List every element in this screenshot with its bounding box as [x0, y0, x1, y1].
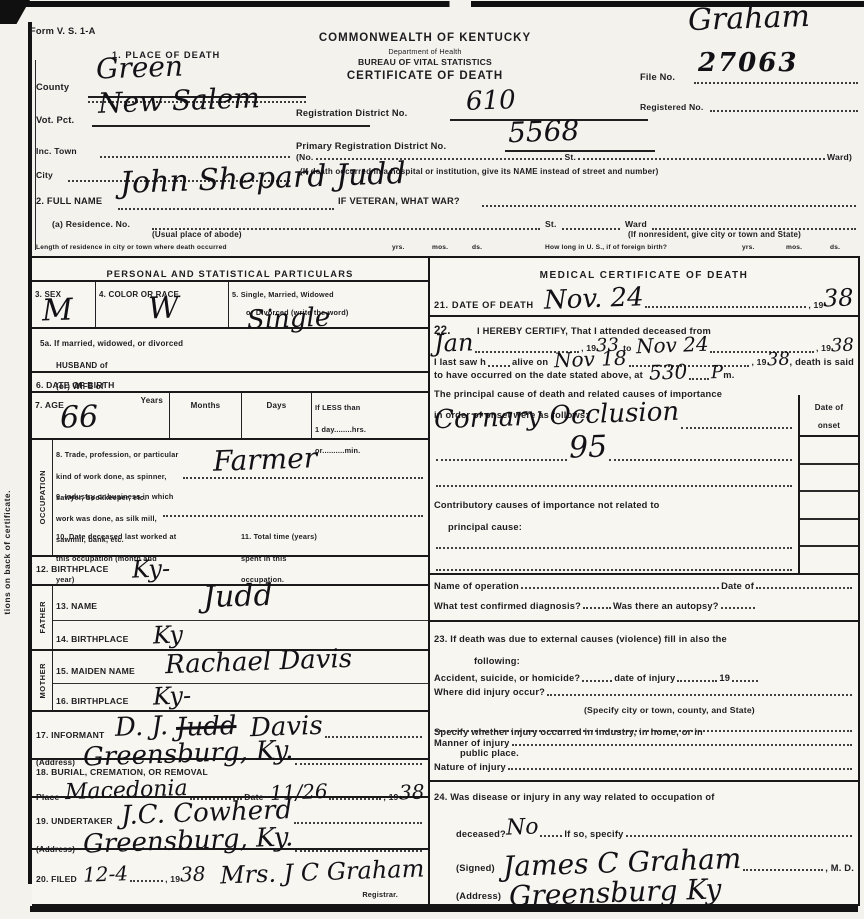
dod-year-handwriting: 38 — [823, 285, 854, 310]
form-number: Form V. S. 1-A — [30, 26, 96, 36]
inc-town-dotted-line — [100, 156, 290, 158]
certificate-title: CERTIFICATE OF DEATH — [280, 70, 570, 82]
how-long-us-label: How long in U. S., if of foreign birth? — [545, 244, 667, 251]
trade-cell: 8. Trade, profession, or particular kind… — [53, 440, 428, 482]
yrs2-label: yrs. — [742, 244, 755, 251]
medical-column: MEDICAL CERTIFICATE OF DEATH 21. DATE OF… — [430, 258, 858, 904]
file-no-label: File No. — [640, 72, 675, 82]
filed-year-handwriting: 38 — [180, 864, 206, 885]
registered-no-dotted-line — [710, 110, 858, 112]
cause-line-2: 95 — [434, 431, 794, 463]
particulars-table: PERSONAL AND STATISTICAL PARTICULARS 3. … — [32, 256, 860, 906]
registrar-signature-handwriting: Mrs. J C Graham — [219, 856, 424, 887]
filed-date-handwriting: 12-4 — [83, 863, 129, 885]
occupation-related-block: 24. Was disease or injury in any way rel… — [430, 782, 858, 904]
voting-precinct-line — [92, 125, 370, 127]
occupation-vertical-label: OCCUPATION — [32, 440, 53, 555]
item9-line1: 9. Industry or business in which — [56, 492, 174, 501]
industry-cell: 9. Industry or business in which work wa… — [53, 482, 428, 522]
nonresident-hint: (If nonresident, give city or town and S… — [628, 230, 801, 239]
primary-district-label: Primary Registration District No. — [296, 141, 446, 151]
burial-row: 18. BURIAL, CREMATION, OR REMOVAL Place … — [32, 760, 428, 798]
specify-city-hint: (Specify city or town, county, and State… — [584, 705, 755, 715]
sex-race-marital-row: 3. SEX M 4. COLOR OR RACE W 5. Single, M… — [32, 282, 428, 329]
age-less-line2: 1 day........hrs. — [315, 425, 366, 434]
marital-label-1: 5. Single, Married, Widowed — [232, 290, 334, 299]
undertaker-label: 19. UNDERTAKER — [36, 816, 113, 826]
registration-district-value-handwriting: 610 — [466, 87, 517, 115]
voting-precinct-value-handwriting: New Salem — [98, 84, 261, 118]
scan-bottom-edge — [30, 906, 858, 912]
date-of-death-row: 21. DATE OF DEATH Nov. 24 , 19 38 — [430, 284, 858, 317]
residence-label: (a) Residence. No. — [52, 219, 130, 229]
length-residence-label: Length of residence in city or town wher… — [36, 244, 227, 251]
occupation-group: OCCUPATION 8. Trade, profession, or part… — [32, 440, 428, 557]
death-certificate-scan: tions on back of certificate. Form V. S.… — [0, 0, 864, 919]
st-label: St. — [564, 152, 576, 162]
father-bp-value-handwriting: Ky — [153, 623, 184, 648]
veteran-label: IF VETERAN, WHAT WAR? — [338, 196, 460, 206]
m-label: m. — [723, 369, 734, 382]
manner-of-injury-row: Manner of injury — [430, 736, 858, 760]
cause-line-3 — [434, 463, 794, 489]
attended-from-handwriting: Jan — [434, 330, 474, 355]
item5a-line1: 5a. If married, widowed, or divorced — [40, 339, 183, 348]
attended-to-year-handwriting: 38 — [831, 336, 855, 355]
sex-value-handwriting: M — [41, 295, 73, 326]
where-injury-label: Where did injury occur? — [434, 686, 545, 699]
registration-district-label: Registration District No. — [296, 108, 407, 118]
sex-cell: 3. SEX M — [32, 282, 96, 327]
birthplace-label: 12. BIRTHPLACE — [36, 564, 109, 574]
medical-section-title: MEDICAL CERTIFICATE OF DEATH — [430, 258, 858, 284]
age-value-handwriting: 66 — [59, 402, 98, 433]
occupation-value-handwriting: Farmer — [213, 444, 318, 476]
nature-of-injury-row: Nature of injury — [430, 760, 858, 782]
department-subtitle: Department of Health — [280, 47, 570, 56]
father-vertical-label: FATHER — [32, 586, 53, 649]
father-bp-label: 14. BIRTHPLACE — [56, 634, 129, 644]
age-less-than-cell: If LESS than 1 day........hrs. or.......… — [312, 393, 428, 438]
race-value-handwriting: W — [147, 293, 179, 324]
mother-birthplace-row: 16. BIRTHPLACE Ky- — [53, 684, 428, 710]
injury-year-printed: 19 — [719, 672, 730, 685]
voting-precinct-label: Vot. Pct. — [36, 115, 74, 125]
occurred-at-label: to have occurred on the date stated abov… — [434, 369, 643, 382]
informant-label: 17. INFORMANT — [36, 730, 105, 740]
filed-row: 20. FILED 12-4 , 19 38 Mrs. J C Graham R… — [32, 850, 428, 904]
informant-row: 17. INFORMANT D. J. Judd Davis (Address)… — [32, 712, 428, 760]
primary-district-value-handwriting: 5568 — [508, 117, 580, 147]
physician-address-handwriting: Greensburg Ky — [509, 875, 722, 910]
date-of-injury-label: date of injury — [614, 672, 675, 685]
mother-group: MOTHER 15. MAIDEN NAME Rachael Davis 16.… — [32, 651, 428, 712]
age-cell: 7. AGE Years 66 — [32, 393, 170, 438]
filed-year-printed: , 19 — [165, 874, 180, 884]
dod-value-handwriting: Nov. 24 — [543, 284, 643, 313]
attended-to-handwriting: Nov 24 — [635, 333, 708, 356]
father-group: FATHER 13. NAME Judd 14. BIRTHPLACE Ky — [32, 586, 428, 651]
occupation-related-answer-handwriting: No — [506, 816, 539, 839]
veteran-dotted-line — [482, 205, 856, 207]
certify-block: 22. I HEREBY CERTIFY, That I attended de… — [430, 317, 858, 395]
cause-of-death-handwriting: Cornary Occlusion — [434, 399, 680, 434]
dod-year-printed: , 19 — [808, 300, 823, 310]
full-name-dotted-line — [118, 208, 334, 210]
item23-line1: 23. If death was due to external causes … — [434, 634, 727, 644]
marital-cell: 5. Single, Married, Widowed or Divorced … — [229, 282, 428, 327]
personal-column: PERSONAL AND STATISTICAL PARTICULARS 3. … — [32, 258, 430, 904]
signed-address-label: (Address) — [456, 891, 501, 901]
mother-vertical-label: MOTHER — [32, 651, 53, 710]
mos2-label: mos. — [786, 244, 802, 251]
marital-value-handwriting: Single — [247, 305, 331, 334]
contributory-blank-2 — [434, 551, 794, 573]
last-saw-label: I last saw h — [434, 356, 486, 369]
time-of-death-handwriting: 530 — [649, 361, 688, 382]
mother-name-value-handwriting: Rachael Davis — [165, 646, 353, 679]
county-value-handwriting: Green — [96, 52, 184, 83]
county-label: County — [36, 82, 69, 92]
item23-line2: following: — [474, 656, 520, 666]
age-days-cell: Days — [242, 393, 312, 438]
item10-line1: 10. Date deceased last worked at — [56, 532, 176, 541]
dob-label: 6. DATE OF BIRTH — [36, 380, 114, 390]
ds2-label: ds. — [830, 244, 840, 251]
operation-row: Name of operation Date of — [430, 575, 858, 599]
birthplace-value-handwriting: Ky- — [132, 556, 171, 581]
contributory-line1: Contributory causes of importance not re… — [434, 500, 660, 510]
city-label: City — [36, 170, 53, 180]
contributory-label-block: Contributory causes of importance not re… — [434, 489, 794, 523]
date-of-birth-row: 6. DATE OF BIRTH — [32, 373, 428, 393]
ward-label: Ward) — [827, 152, 852, 162]
if-so-specify-label: If so, specify — [564, 829, 623, 839]
full-name-label: 2. FULL NAME — [36, 196, 102, 206]
race-cell: 4. COLOR OR RACE W — [96, 282, 229, 327]
full-name-value-handwriting: John Shepard Judd — [120, 159, 407, 199]
yrs-label: yrs. — [392, 244, 405, 251]
blank-dotted-row — [430, 720, 858, 736]
informant-first-handwriting: D. J. — [114, 713, 168, 741]
corner-name-handwriting: Graham — [688, 2, 811, 36]
filed-label: 20. FILED — [36, 874, 77, 884]
age-months-label: Months — [191, 401, 221, 410]
abode-hint: (Usual place of abode) — [152, 230, 242, 239]
registered-no-label: Registered No. — [640, 102, 703, 112]
external-causes-block: 23. If death was due to external causes … — [430, 622, 858, 720]
autopsy-label: Was there an autopsy? — [613, 601, 719, 611]
item24-line1: 24. Was disease or injury in any way rel… — [434, 792, 715, 802]
age-days-label: Days — [267, 401, 287, 410]
residence-ward-label: Ward — [625, 219, 647, 229]
deceased-label: deceased? — [456, 829, 506, 839]
md-label: , M. D. — [825, 863, 854, 873]
personal-section-title: PERSONAL AND STATISTICAL PARTICULARS — [32, 258, 428, 282]
father-name-value-handwriting: Judd — [202, 581, 273, 613]
margin-vertical-note: tions on back of certificate. — [2, 490, 12, 615]
contributory-blank-1 — [434, 523, 794, 551]
mother-name-row: 15. MAIDEN NAME Rachael Davis — [53, 651, 428, 684]
nature-label: Nature of injury — [434, 762, 506, 772]
certificate-header: Form V. S. 1-A 1. PLACE OF DEATH County … — [0, 0, 864, 256]
inc-town-label: Inc. Town — [36, 146, 77, 156]
signed-label: (Signed) — [456, 863, 495, 873]
registrar-label: Registrar. — [362, 890, 398, 899]
last-seen-year-handwriting: 38 — [766, 350, 790, 369]
ampm-handwriting: P — [711, 363, 724, 381]
test-autopsy-row: What test confirmed diagnosis? Was there… — [430, 599, 858, 622]
mother-bp-value-handwriting: Ky- — [153, 683, 192, 708]
age-less-line1: If LESS than — [315, 403, 360, 412]
operation-label: Name of operation — [434, 581, 519, 591]
age-row: 7. AGE Years 66 Months Days If LESS than… — [32, 393, 428, 440]
father-birthplace-row: 14. BIRTHPLACE Ky — [53, 621, 428, 649]
alive-on-label: alive on — [512, 356, 548, 369]
operation-date-label: Date of — [721, 581, 754, 591]
accident-label: Accident, suicide, or homicide? — [434, 672, 580, 685]
residence-st-dotted-line — [562, 228, 620, 230]
age-months-cell: Months — [170, 393, 242, 438]
principal-cause-line1: The principal cause of death and related… — [434, 389, 722, 399]
bureau-subtitle: BUREAU OF VITAL STATISTICS — [280, 57, 570, 67]
father-name-row: 13. NAME Judd — [53, 586, 428, 621]
residence-st-label: St. — [545, 219, 557, 229]
manner-label: Manner of injury — [434, 738, 510, 748]
dod-label: 21. DATE OF DEATH — [434, 300, 534, 310]
death-said-label: , death is said — [790, 356, 854, 369]
item5a-line2: HUSBAND of — [56, 361, 108, 370]
file-no-dotted-line — [694, 82, 858, 84]
cause-code-handwriting: 95 — [568, 432, 607, 463]
last-seen-date-handwriting: Nov 18 — [554, 347, 627, 370]
item8-line1: 8. Trade, profession, or particular — [56, 450, 179, 459]
item11-line1: 11. Total time (years) — [241, 532, 317, 541]
father-name-label: 13. NAME — [56, 601, 97, 611]
undertaker-row: 19. UNDERTAKER J.C. Cowherd (Address) Gr… — [32, 798, 428, 850]
file-no-value-handwriting: 27063 — [698, 50, 798, 76]
age-years-label: Years — [141, 396, 163, 405]
mother-bp-label: 16. BIRTHPLACE — [56, 696, 129, 706]
item8-line2: kind of work done, as spinner, — [56, 472, 167, 481]
test-label: What test confirmed diagnosis? — [434, 601, 581, 611]
mos-label: mos. — [432, 244, 448, 251]
commonwealth-title: COMMONWEALTH OF KENTUCKY — [280, 32, 570, 44]
ds-label: ds. — [472, 244, 482, 251]
mother-name-label: 15. MAIDEN NAME — [56, 666, 135, 676]
husband-wife-row: 5a. If married, widowed, or divorced HUS… — [32, 329, 428, 373]
